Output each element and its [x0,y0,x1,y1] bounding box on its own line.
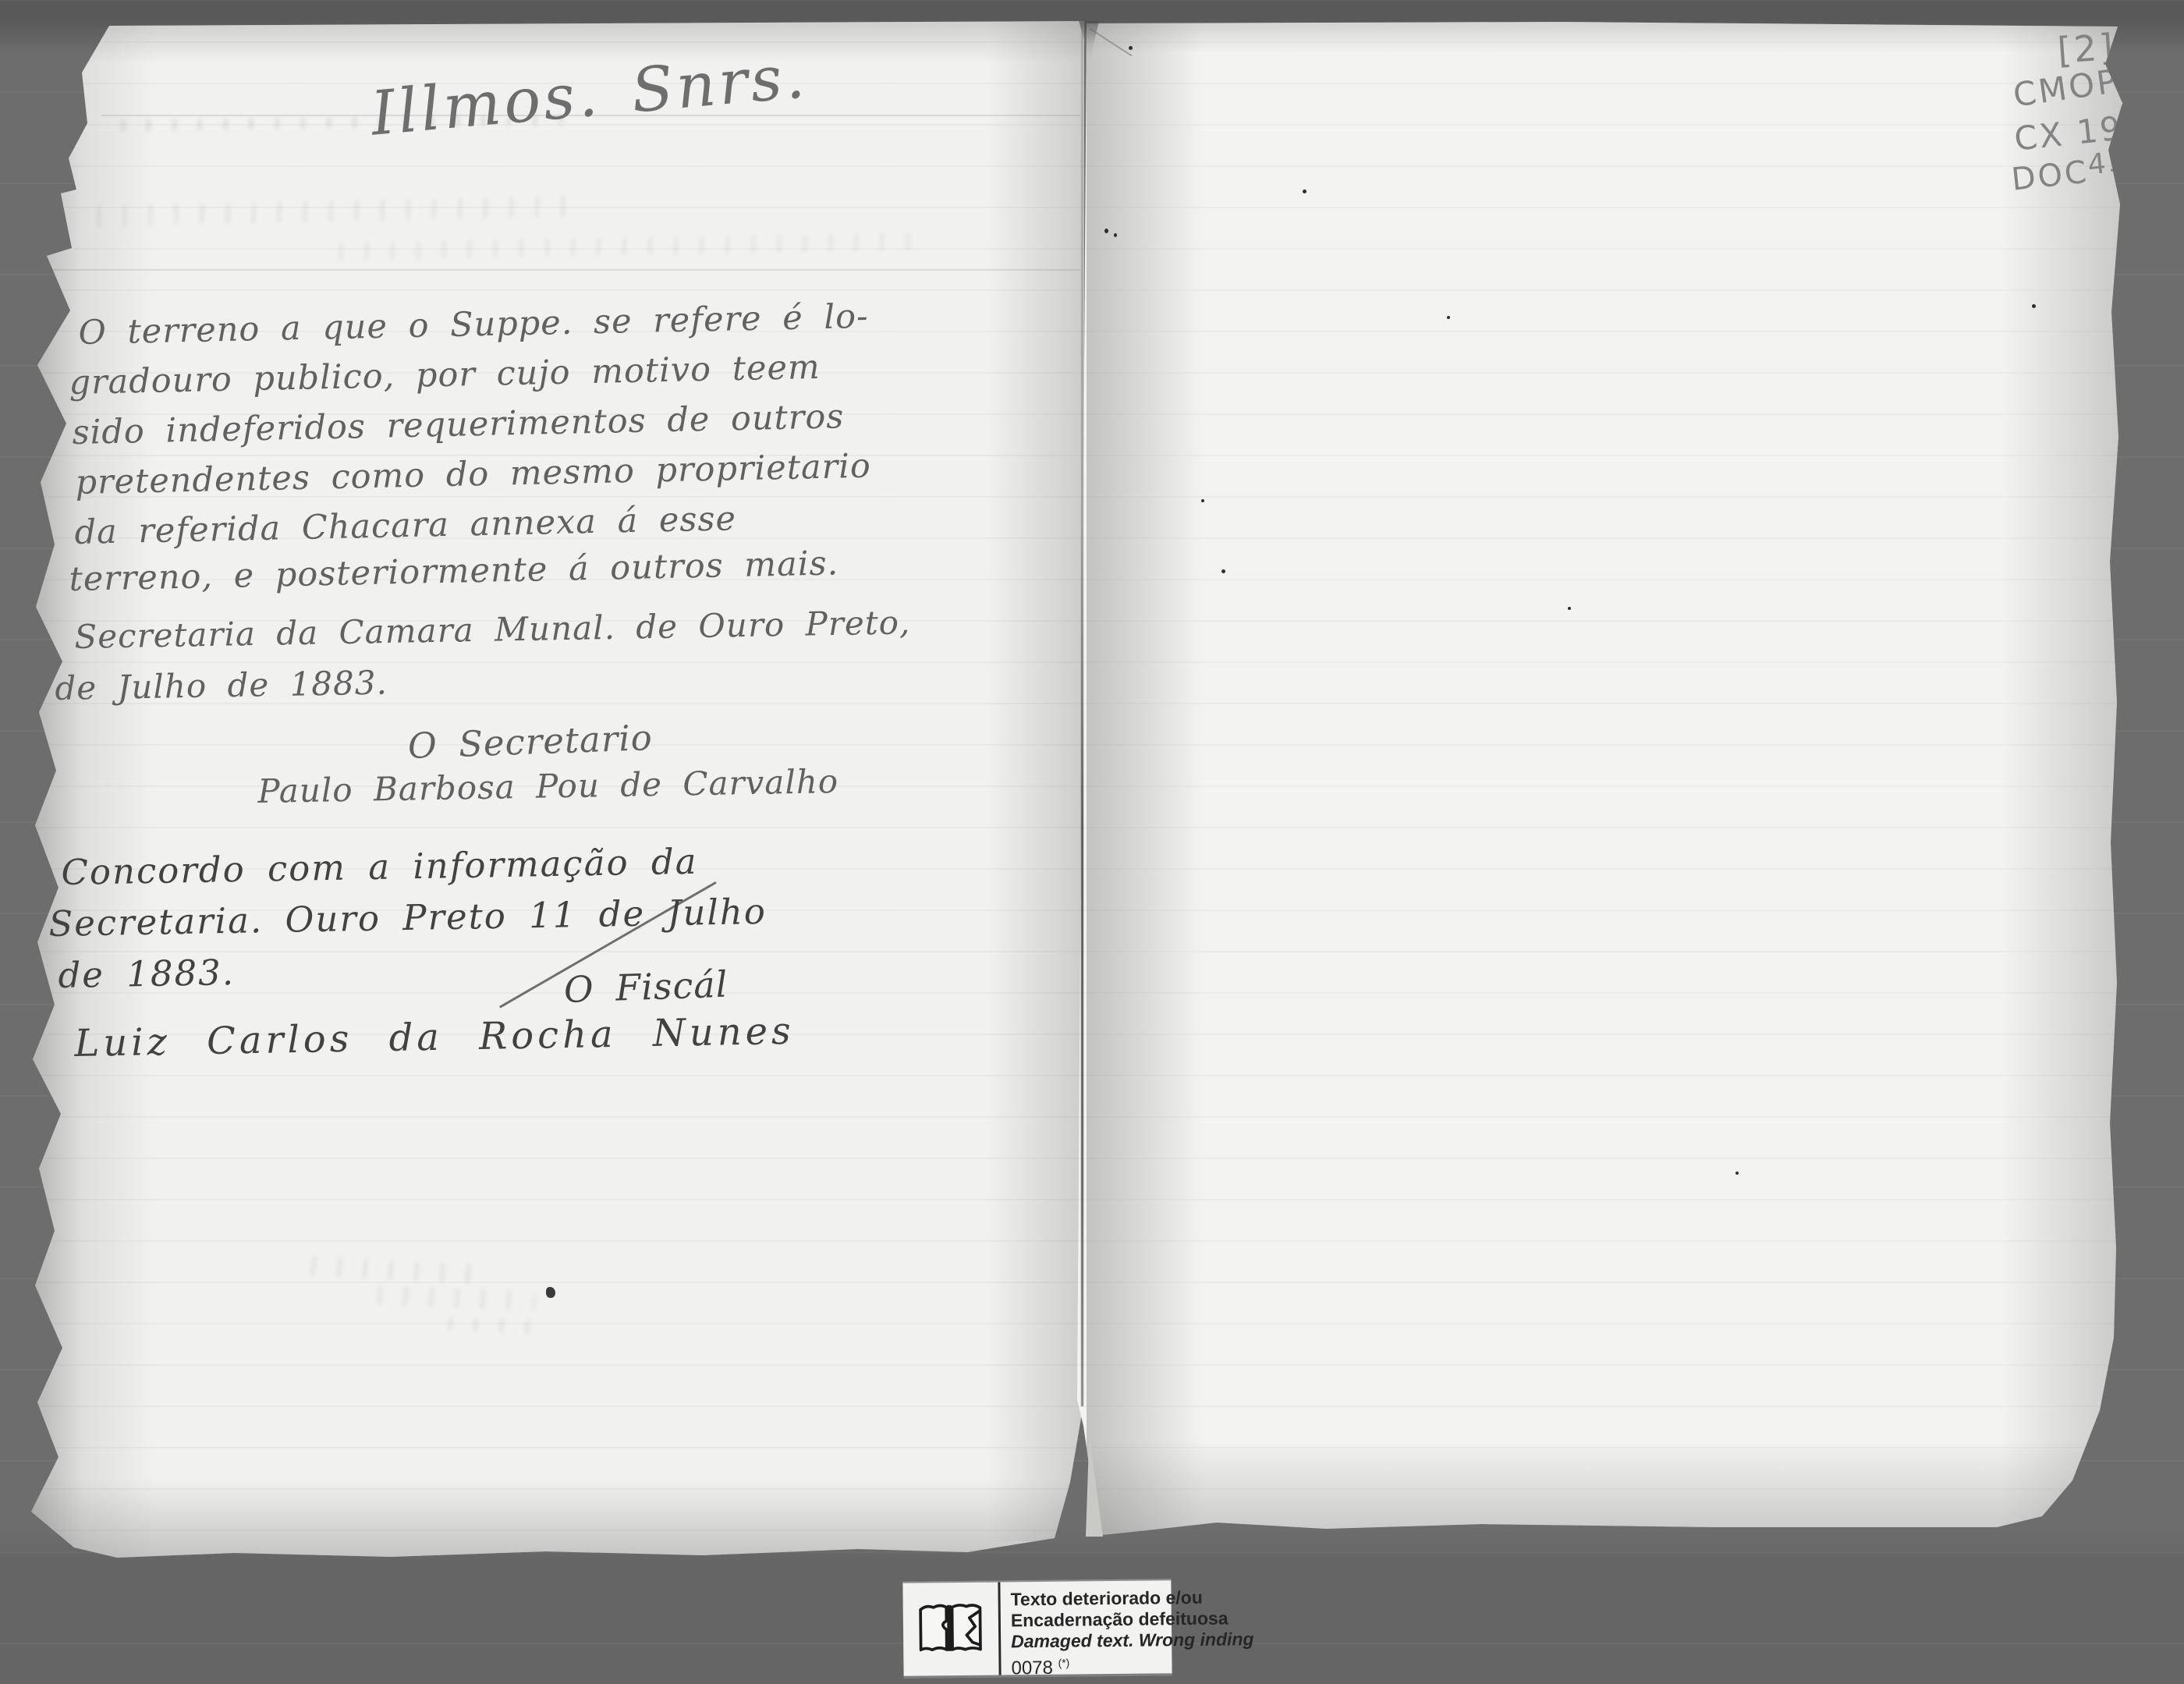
paper-crease [47,269,1080,271]
dust-speck [1447,316,1450,319]
dust-speck [1221,569,1225,573]
dust-speck [1735,1172,1739,1175]
doc-number: 45 [2086,145,2130,181]
label-code-note: (*) [1058,1657,1069,1669]
damage-label: Texto deteriorado e/ou Encadernação defe… [902,1579,1172,1679]
label-line-pt: Texto deteriorado e/ou [1010,1587,1253,1610]
dust-speck [2032,304,2036,308]
dust-speck [1303,190,1306,193]
label-line-pt: Encadernação defeituosa [1011,1608,1254,1631]
concurrence-line: de 1883. [58,952,235,996]
dust-speck [1568,607,1571,610]
collection-sup: 1 [2116,62,2133,87]
page-number-annotation: [2] [2056,26,2117,72]
gutter-fold-shadow [1081,22,1083,1406]
label-icon-cell [902,1583,998,1676]
label-code: 0078 (*) [1011,1650,1254,1679]
scanned-document: Illmos. Snrs. O terreno a que o Suppe. s… [0,0,2184,1684]
dust-speck [1201,499,1204,502]
damaged-book-icon [915,1598,987,1660]
dust-speck [1104,229,1108,233]
ink-speck [546,1287,555,1298]
date-line: de Julho de 1883. [55,664,388,707]
dust-speck [1114,233,1117,237]
label-text: Texto deteriorado e/ou Encadernação defe… [1000,1579,1259,1675]
collection-sub: 4 [2129,80,2150,109]
dust-speck [1129,46,1133,50]
fiscal-title: O Fiscál [563,963,729,1011]
secretary-title: O Secretario [407,717,654,767]
label-line-en: Damaged text. Wrong inding [1011,1629,1254,1652]
label-code-number: 0078 [1011,1657,1053,1679]
